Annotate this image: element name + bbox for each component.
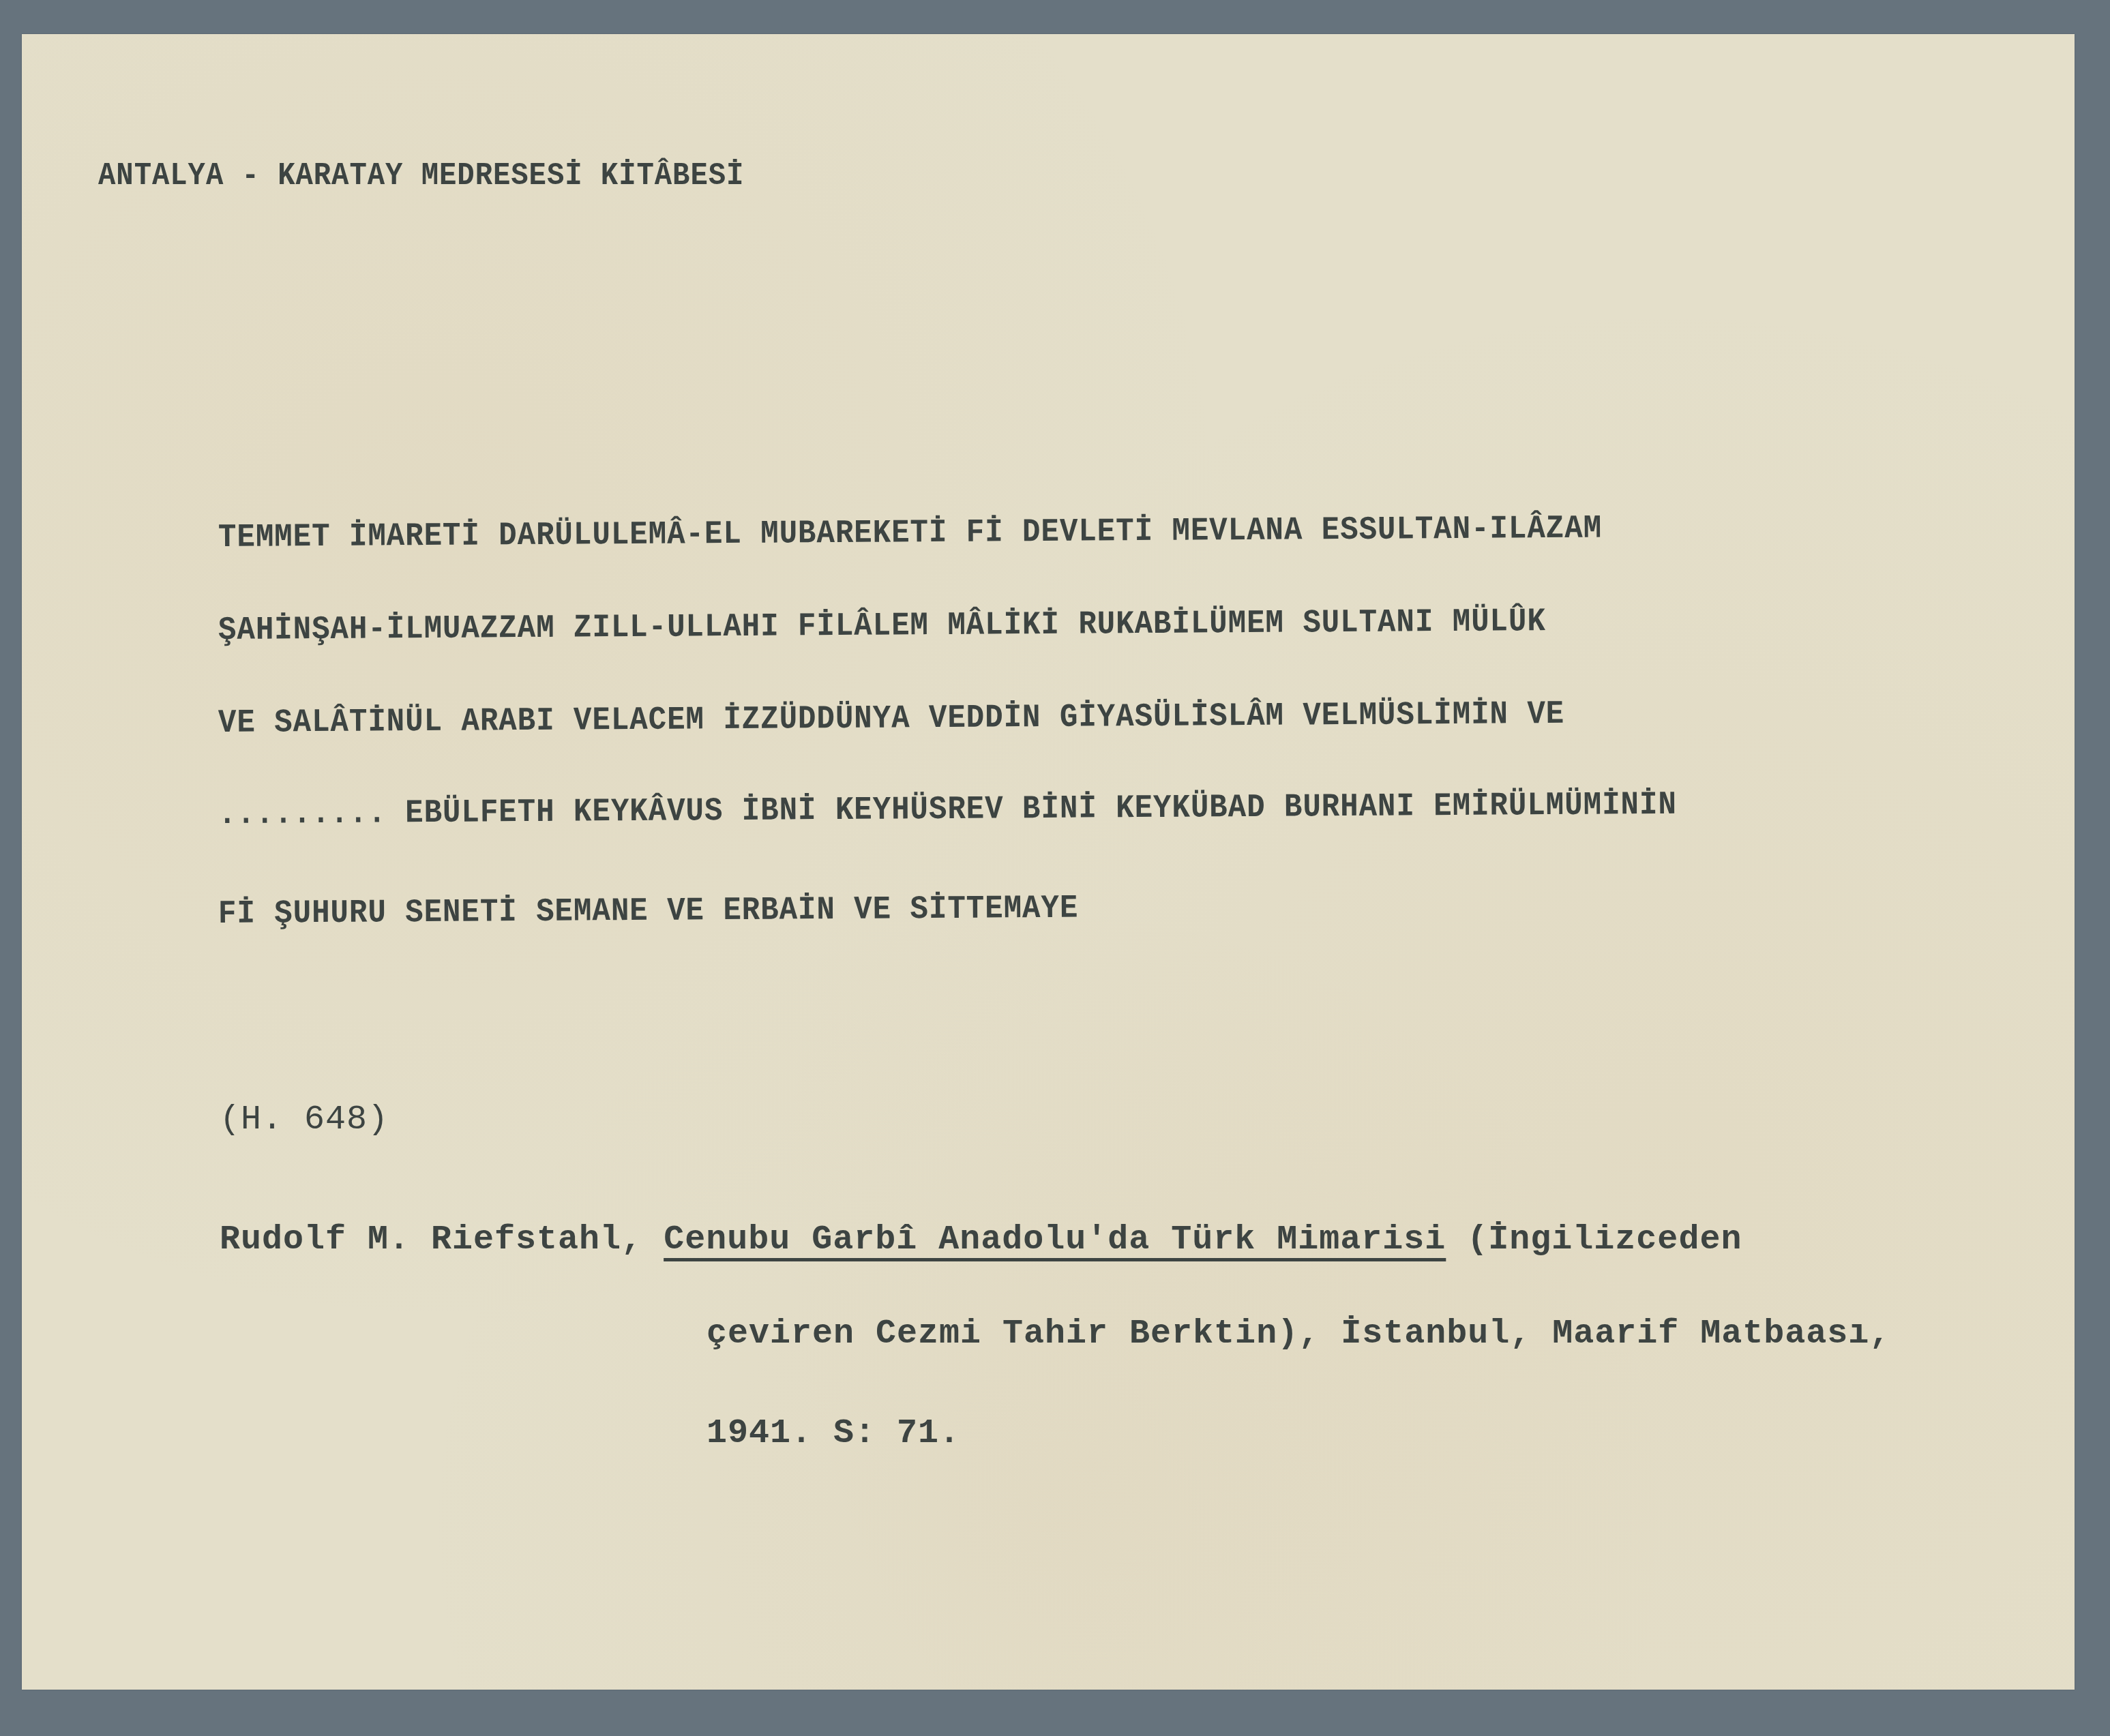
citation-line-2: çeviren Cezmi Tahir Berktin), İstanbul, … bbox=[707, 1315, 1890, 1353]
document-title: ANTALYA - KARATAY MEDRESESİ KİTÂBESİ bbox=[98, 158, 744, 194]
hijri-date: (H. 648) bbox=[220, 1101, 389, 1139]
inscription-line-3: VE SALÂTİNÜL ARABI VELACEM İZZÜDDÜNYA VE… bbox=[218, 696, 1565, 742]
citation-translation-note: (İngilizceden bbox=[1467, 1221, 1742, 1259]
inscription-line-5: Fİ ŞUHURU SENETİ SEMANE VE ERBAİN VE SİT… bbox=[218, 891, 1079, 933]
inscription-line-4: ......... EBÜLFETH KEYKÂVUS İBNİ KEYHÜSR… bbox=[218, 787, 1677, 833]
citation-line-1: Rudolf M. Riefstahl, Cenubu Garbî Anadol… bbox=[220, 1221, 1742, 1259]
document-paper: ANTALYA - KARATAY MEDRESESİ KİTÂBESİ TEM… bbox=[22, 34, 2075, 1690]
inscription-line-1: TEMMET İMARETİ DARÜLULEMÂ-EL MUBAREKETİ … bbox=[218, 511, 1602, 556]
inscription-line-2: ŞAHİNŞAH-İLMUAZZAM ZILL-ULLAHI FİLÂLEM M… bbox=[218, 603, 1546, 649]
citation-book-title: Cenubu Garbî Anadolu'da Türk Mimarisi bbox=[664, 1221, 1446, 1259]
citation-line-3: 1941. S: 71. bbox=[707, 1414, 960, 1453]
citation-author: Rudolf M. Riefstahl, bbox=[220, 1221, 642, 1259]
